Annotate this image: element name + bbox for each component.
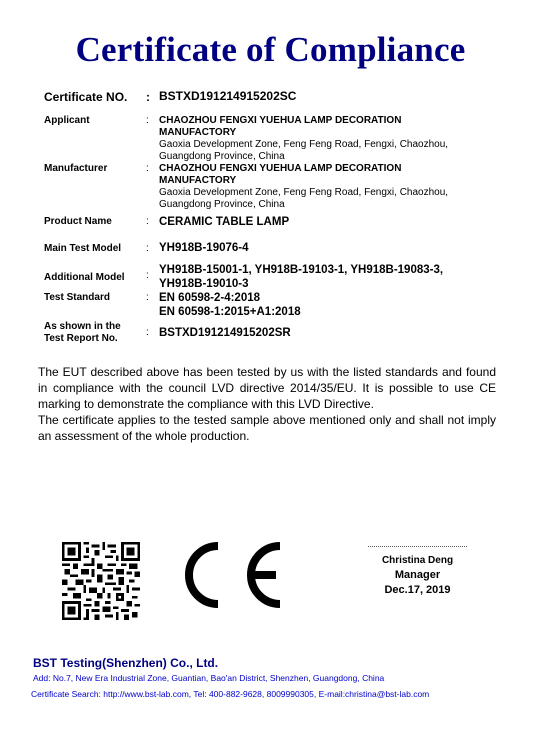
separator: : [146, 90, 150, 104]
applicant-address-line2: Guangdong Province, China [159, 151, 448, 163]
additional-model-line2: YH918B-19010-3 [159, 277, 443, 291]
test-standard-line2: EN 60598-1:2015+A1:2018 [159, 305, 301, 319]
signatory-name: Christina Deng [365, 553, 470, 568]
certificate-no-value: BSTXD191214915202SC [159, 90, 296, 102]
signatory-title: Manager [365, 568, 470, 583]
applicant-name-line2: MANUFACTORY [159, 127, 448, 139]
qr-code-icon [62, 542, 140, 620]
separator: : [146, 270, 149, 281]
product-name-value: CERAMIC TABLE LAMP [159, 215, 289, 229]
main-test-model-value: YH918B-19076-4 [159, 241, 249, 255]
manufacturer-address-line2: Guangdong Province, China [159, 199, 448, 211]
separator: : [146, 115, 149, 126]
additional-model-value: YH918B-15001-1, YH918B-19103-1, YH918B-1… [159, 263, 443, 291]
manufacturer-label: Manufacturer [44, 163, 107, 174]
footer-certificate-search: Certificate Search: http://www.bst-lab.c… [31, 689, 429, 699]
applicant-name-line1: CHAOZHOU FENGXI YUEHUA LAMP DECORATION [159, 115, 448, 127]
statement-paragraph-1: The EUT described above has been tested … [38, 364, 496, 412]
test-report-no-value: BSTXD191214915202SR [159, 326, 291, 340]
separator: : [146, 216, 149, 227]
test-standard-label: Test Standard [44, 292, 110, 303]
ce-mark-icon [184, 540, 284, 610]
footer-company-name: BST Testing(Shenzhen) Co., Ltd. [33, 656, 218, 670]
statement-paragraph-2: The certificate applies to the tested sa… [38, 412, 496, 444]
signature-date: Dec.17, 2019 [365, 583, 470, 598]
search-prefix: Certificate Search: [31, 689, 103, 699]
test-standard-line1: EN 60598-2-4:2018 [159, 291, 301, 305]
signature-block: Christina Deng Manager Dec.17, 2019 [365, 546, 470, 598]
contact-info: , Tel: 400-882-9628, 8009990305, E-mail:… [189, 689, 429, 699]
applicant-address-line1: Gaoxia Development Zone, Feng Feng Road,… [159, 139, 448, 151]
signature-line [368, 546, 467, 547]
search-url-link[interactable]: http://www.bst-lab.com [103, 689, 189, 699]
manufacturer-name-line2: MANUFACTORY [159, 175, 448, 187]
separator: : [146, 327, 149, 338]
test-report-no-label-line2: Test Report No. [44, 333, 121, 345]
test-report-no-label-line1: As shown in the [44, 321, 121, 333]
footer-address: Add: No.7, New Era Industrial Zone, Guan… [33, 673, 384, 683]
test-report-no-label: As shown in the Test Report No. [44, 321, 121, 345]
separator: : [146, 292, 149, 303]
manufacturer-name-line1: CHAOZHOU FENGXI YUEHUA LAMP DECORATION [159, 163, 448, 175]
manufacturer-address-line1: Gaoxia Development Zone, Feng Feng Road,… [159, 187, 448, 199]
certificate-title: Certificate of Compliance [0, 30, 541, 70]
applicant-label: Applicant [44, 115, 90, 126]
additional-model-line1: YH918B-15001-1, YH918B-19103-1, YH918B-1… [159, 263, 443, 277]
test-standard-value: EN 60598-2-4:2018 EN 60598-1:2015+A1:201… [159, 291, 301, 319]
applicant-value: CHAOZHOU FENGXI YUEHUA LAMP DECORATION M… [159, 115, 448, 163]
additional-model-label: Additional Model [44, 272, 125, 283]
separator: : [146, 163, 149, 174]
certificate-no-label: Certificate NO. [44, 90, 127, 104]
manufacturer-value: CHAOZHOU FENGXI YUEHUA LAMP DECORATION M… [159, 163, 448, 211]
product-name-label: Product Name [44, 216, 112, 227]
main-test-model-label: Main Test Model [44, 243, 121, 254]
compliance-statement: The EUT described above has been tested … [38, 364, 496, 444]
separator: : [146, 243, 149, 254]
